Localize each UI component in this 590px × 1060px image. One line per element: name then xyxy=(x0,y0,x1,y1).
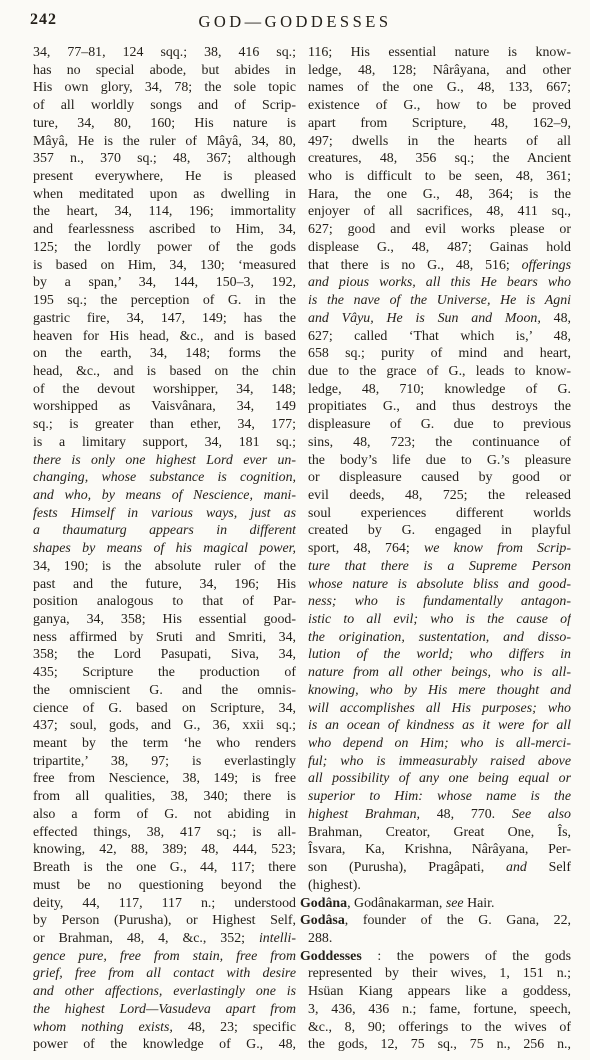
text-segment: is a limitary support, 34, 181 sq.; xyxy=(33,435,296,450)
index-text-line: 288. xyxy=(300,930,571,948)
text-segment: 34, 77–81, 124 sqq.; 38, 416 sq.; xyxy=(33,45,296,60)
text-segment: , founder of the G. Gana, 22, xyxy=(345,913,571,928)
text-segment: nature from all other beings, who is all… xyxy=(308,665,571,680)
text-segment: ness affirmed by Sruti and Smriti, 34, xyxy=(33,630,296,645)
index-text-line: existence of G., how to be proved xyxy=(300,97,571,115)
index-text-line: when meditated upon as dwelling in xyxy=(25,186,296,204)
index-text-line: on the earth, 34, 148; forms the xyxy=(25,345,296,363)
text-segment: 3, 436, 436 n.; fame, fortune, speech, xyxy=(308,1002,571,1017)
index-text-line: and pious works, all this He bears who xyxy=(300,274,571,292)
text-columns: 34, 77–81, 124 sqq.; 38, 416 sq.;has no … xyxy=(25,44,571,1054)
text-segment: power of the knowledge of G., 48, xyxy=(33,1037,296,1052)
text-segment: creatures, 48, 356 sq.; the Ancient xyxy=(308,151,571,166)
text-segment: offerings xyxy=(522,258,571,273)
index-text-line: grief, free from all contact with desire xyxy=(25,965,296,983)
text-segment: 435; Scripture the production of xyxy=(33,665,296,680)
page-number: 242 xyxy=(30,11,57,29)
index-text-line: there is only one highest Lord ever un- xyxy=(25,452,296,470)
index-text-line: tripartite,’ 38, 97; is everlastingly xyxy=(25,753,296,771)
running-head: GOD—GODDESSES xyxy=(0,10,590,32)
text-segment: Hara, the one G., 48, 364; is the xyxy=(308,187,571,202)
text-segment: soul experiences different worlds xyxy=(308,506,571,521)
text-segment: shapes by means of his magical power, xyxy=(33,541,296,556)
index-text-line: apart from Scripture, 48, 162–9, xyxy=(300,115,571,133)
index-text-line: power of the knowledge of G., 48, xyxy=(25,1036,296,1054)
index-text-line: 627; good and evil works please or xyxy=(300,221,571,239)
text-segment: displease G., 48, 487; Gainas hold xyxy=(308,240,571,255)
text-segment: enjoyer of all sacrifices, 48, 411 sq., xyxy=(308,204,571,219)
index-text-line: has no special abode, but abides in xyxy=(25,62,296,80)
index-text-line: creatures, 48, 356 sq.; the Ancient xyxy=(300,150,571,168)
index-text-line: Hara, the one G., 48, 364; is the xyxy=(300,186,571,204)
text-segment: Hsüan Kiang appears like a goddess, xyxy=(308,984,571,999)
text-segment: and Vâyu, He is Sun and Moon, xyxy=(308,311,554,326)
text-segment: tripartite,’ 38, 97; is everlastingly xyxy=(33,754,296,769)
index-text-line: (highest). xyxy=(300,877,571,895)
text-segment: effected things, 38, 417 sq.; is all- xyxy=(33,825,296,840)
text-segment: will accomplishes all His purposes; who xyxy=(308,701,571,716)
text-segment: by a span,’ 34, 144, 150–3, 192, xyxy=(33,275,296,290)
text-segment: of all worldly songs and of Scrip- xyxy=(33,98,296,113)
index-text-line: 357 n., 370 sq.; 48, 367; although xyxy=(25,150,296,168)
text-segment: past and the future, 34, 196; His xyxy=(33,577,296,592)
index-text-line: worshipped as Vaisvânara, 34, 149 xyxy=(25,398,296,416)
index-text-line: displease G., 48, 487; Gainas hold xyxy=(300,239,571,257)
text-segment: must be no questioning beyond the xyxy=(33,878,296,893)
index-entry-start-line: Godâna, Godânakarman, see Hair. xyxy=(300,895,571,913)
index-text-line: the omniscient G. and the omnis- xyxy=(25,682,296,700)
text-segment: ledge, 48, 128; Nârâyana, and other xyxy=(308,63,571,78)
index-text-line: Mâyâ, He is the ruler of Mâyâ, 34, 80, xyxy=(25,133,296,151)
index-text-line: the gods, 12, 75 sq., 75 n., 256 n., xyxy=(300,1036,571,1054)
index-text-line: Hsüan Kiang appears like a goddess, xyxy=(300,983,571,1001)
index-text-line: and Vâyu, He is Sun and Moon, 48, xyxy=(300,310,571,328)
index-text-line: meant by the term ‘he who renders xyxy=(25,735,296,753)
index-text-line: whom nothing exists, 48, 23; specific xyxy=(25,1019,296,1037)
text-segment: the highest Lord—Vasudeva apart from xyxy=(33,1002,296,1017)
text-segment: ture that there is a Supreme Person xyxy=(308,559,571,574)
index-text-line: who is difficult to be seen, 48, 361; xyxy=(300,168,571,186)
text-segment: 357 n., 370 sq.; 48, 367; although xyxy=(33,151,296,166)
index-text-line: ganya, 34, 358; His essential good- xyxy=(25,611,296,629)
entry-headword: Godâna xyxy=(300,896,347,911)
text-segment: fests Himself in various ways, just as xyxy=(33,506,296,521)
index-text-line: ture that there is a Supreme Person xyxy=(300,558,571,576)
index-text-line: by a span,’ 34, 144, 150–3, 192, xyxy=(25,274,296,292)
text-segment: 658 sq.; purity of mind and heart, xyxy=(308,346,571,361)
index-text-line: 627; called ‘That which is,’ 48, xyxy=(300,328,571,346)
index-text-line: cience of G. based on Scripture, 34, xyxy=(25,700,296,718)
index-text-line: Îsvara, Ka, Krishna, Nârâyana, Per- xyxy=(300,841,571,859)
index-text-line: highest Brahman, 48, 770. See also xyxy=(300,806,571,824)
text-segment: 48, xyxy=(554,311,571,326)
text-segment: ful; who is immeasurably raised above xyxy=(308,754,571,769)
index-text-line: son (Purusha), Pragâpati, and Self xyxy=(300,859,571,877)
index-text-line: is the nave of the Universe, He is Agni xyxy=(300,292,571,310)
text-segment: the heart, 34, 114, 196; immortality xyxy=(33,204,296,219)
text-segment: knowing, 42, 88, 389; 48, 444, 523; xyxy=(33,842,296,857)
index-text-line: from all qualities, 38, 340; there is xyxy=(25,788,296,806)
text-segment: who depend on Him; who is all-merci- xyxy=(308,736,571,751)
right-column: 116; His essential nature is know-ledge,… xyxy=(300,44,571,1054)
text-segment: ness; who is fundamentally antagon- xyxy=(308,594,571,609)
index-text-line: of the devout worshipper, 34, 148; xyxy=(25,381,296,399)
index-text-line: will accomplishes all His purposes; who xyxy=(300,700,571,718)
index-text-line: ledge, 48, 710; knowledge of G. xyxy=(300,381,571,399)
text-segment: 195 sq.; the perception of G. in the xyxy=(33,293,296,308)
text-segment: all possibility of any one being equal o… xyxy=(308,771,571,786)
text-segment: ledge, 48, 710; knowledge of G. xyxy=(308,382,571,397)
index-text-line: istic to all evil; who is the cause of xyxy=(300,611,571,629)
index-text-line: and fearlessness ascribed to Him, 34, xyxy=(25,221,296,239)
index-text-line: 3, 436, 436 n.; fame, fortune, speech, xyxy=(300,1001,571,1019)
text-segment: and fearlessness ascribed to Him, 34, xyxy=(33,222,296,237)
index-text-line: the highest Lord—Vasudeva apart from xyxy=(25,1001,296,1019)
text-segment: we know from Scrip- xyxy=(424,541,571,556)
text-segment: displeasure of G. due to previous xyxy=(308,417,571,432)
index-entry-start-line: Goddesses : the powers of the gods xyxy=(300,948,571,966)
index-text-line: displeasure of G. due to previous xyxy=(300,416,571,434)
book-page: 242 GOD—GODDESSES 34, 77–81, 124 sqq.; 3… xyxy=(0,0,590,1060)
index-text-line: ness affirmed by Sruti and Smriti, 34, xyxy=(25,629,296,647)
text-segment: knowing, who by His mere thought and xyxy=(308,683,571,698)
index-text-line: Breath is the one G., 44, 117; there xyxy=(25,859,296,877)
text-segment: free from Nescience, 38, 149; is free xyxy=(33,771,296,786)
index-text-line: gence pure, free from stain, free from xyxy=(25,948,296,966)
text-segment: 116; His essential nature is know- xyxy=(308,45,571,60)
text-segment: 497; dwells in the hearts of all xyxy=(308,134,571,149)
text-segment: from all qualities, 38, 340; there is xyxy=(33,789,296,804)
text-segment: when meditated upon as dwelling in xyxy=(33,187,296,202)
text-segment: and pious works, all this He bears who xyxy=(308,275,571,290)
text-segment: heaven for His head, &c., and is based xyxy=(33,329,296,344)
text-segment: there is only one highest Lord ever un- xyxy=(33,453,296,468)
index-text-line: or Brahman, 48, 4, &c., 352; intelli- xyxy=(25,930,296,948)
index-text-line: His own glory, 34, 78; the sole topic xyxy=(25,79,296,97)
index-text-line: evil deeds, 48, 725; the released xyxy=(300,487,571,505)
index-text-line: that there is no G., 48, 516; offerings xyxy=(300,257,571,275)
index-text-line: knowing, 42, 88, 389; 48, 444, 523; xyxy=(25,841,296,859)
index-text-line: names of the one G., 48, 133, 667; xyxy=(300,79,571,97)
text-segment: existence of G., how to be proved xyxy=(308,98,571,113)
index-text-line: knowing, who by His mere thought and xyxy=(300,682,571,700)
index-text-line: represented by their wives, 1, 151 n.; xyxy=(300,965,571,983)
text-segment: that there is no G., 48, 516; xyxy=(308,258,522,273)
text-segment: has no special abode, but abides in xyxy=(33,63,296,78)
entry-headword: Godâsa xyxy=(300,913,345,928)
index-text-line: all possibility of any one being equal o… xyxy=(300,770,571,788)
text-segment: whose nature is absolute bliss and good- xyxy=(308,577,571,592)
text-segment: propitiates G., and thus destroys the xyxy=(308,399,571,414)
text-segment: and xyxy=(506,860,527,875)
index-text-line: 34, 77–81, 124 sqq.; 38, 416 sq.; xyxy=(25,44,296,62)
index-text-line: also a form of G. not abiding in xyxy=(25,806,296,824)
text-segment: the body’s life due to G.’s pleasure xyxy=(308,453,571,468)
text-segment: 125; the lordly power of the gods xyxy=(33,240,296,255)
text-segment: lution of the world; who differs in xyxy=(308,647,571,662)
text-segment: sport, 48, 764; xyxy=(308,541,424,556)
text-segment: Breath is the one G., 44, 117; there xyxy=(33,860,296,875)
text-segment: and other affections, everlastingly one … xyxy=(33,984,296,999)
index-text-line: superior to Him: whose name is the xyxy=(300,788,571,806)
page-header: 242 GOD—GODDESSES xyxy=(0,10,590,34)
index-text-line: position analogous to that of Par- xyxy=(25,593,296,611)
text-segment: son (Purusha), Pragâpati, xyxy=(308,860,506,875)
text-segment: see xyxy=(446,896,464,911)
text-segment: due to the grace of G., leads to know- xyxy=(308,364,571,379)
index-text-line: who depend on Him; who is all-merci- xyxy=(300,735,571,753)
text-segment: evil deeds, 48, 725; the released xyxy=(308,488,571,503)
text-segment: worshipped as Vaisvânara, 34, 149 xyxy=(33,399,296,414)
text-segment: Mâyâ, He is the ruler of Mâyâ, 34, 80, xyxy=(33,134,296,149)
index-text-line: 125; the lordly power of the gods xyxy=(25,239,296,257)
index-text-line: of all worldly songs and of Scrip- xyxy=(25,97,296,115)
text-segment: intelli- xyxy=(259,931,296,946)
index-text-line: &c., 8, 90; offerings to the wives of xyxy=(300,1019,571,1037)
index-text-line: 195 sq.; the perception of G. in the xyxy=(25,292,296,310)
text-segment: who is difficult to be seen, 48, 361; xyxy=(308,169,571,184)
text-segment: Self xyxy=(527,860,571,875)
text-segment: &c., 8, 90; offerings to the wives of xyxy=(308,1020,571,1035)
index-text-line: 437; soul, gods, and G., 36, xxii sq.; xyxy=(25,717,296,735)
index-text-line: ful; who is immeasurably raised above xyxy=(300,753,571,771)
index-text-line: deity, 44, 117, 117 n.; understood xyxy=(25,895,296,913)
text-segment: apart from Scripture, 48, 162–9, xyxy=(308,116,571,131)
index-text-line: 116; His essential nature is know- xyxy=(300,44,571,62)
index-text-line: 497; dwells in the hearts of all xyxy=(300,133,571,151)
index-text-line: the origination, sustentation, and disso… xyxy=(300,629,571,647)
text-segment: or Brahman, 48, 4, &c., 352; xyxy=(33,931,259,946)
text-segment: His own glory, 34, 78; the sole topic xyxy=(33,80,296,95)
index-text-line: soul experiences different worlds xyxy=(300,505,571,523)
text-segment: sins, 48, 723; the continuance of xyxy=(308,435,571,450)
index-text-line: changing, whose substance is cognition, xyxy=(25,469,296,487)
index-text-line: fests Himself in various ways, just as xyxy=(25,505,296,523)
text-segment: istic to all evil; who is the cause of xyxy=(308,612,571,627)
text-segment: gastric fire, 34, 147, 149; has the xyxy=(33,311,296,326)
text-segment: , Godânakarman, xyxy=(347,896,446,911)
text-segment: the gods, 12, 75 sq., 75 n., 256 n., xyxy=(308,1037,571,1052)
index-text-line: lution of the world; who differs in xyxy=(300,646,571,664)
text-segment: the omniscient G. and the omnis- xyxy=(33,683,296,698)
text-segment: by Person (Purusha), or Highest Self, xyxy=(33,913,296,928)
index-text-line: is based on Him, 34, 130; ‘measured xyxy=(25,257,296,275)
index-text-line: sq.; is greater than ether, 34, 177; xyxy=(25,416,296,434)
index-text-line: by Person (Purusha), or Highest Self, xyxy=(25,912,296,930)
index-text-line: 34, 190; is the absolute ruler of the xyxy=(25,558,296,576)
text-segment: ganya, 34, 358; His essential good- xyxy=(33,612,296,627)
text-segment: of the devout worshipper, 34, 148; xyxy=(33,382,296,397)
text-segment: 627; good and evil works please or xyxy=(308,222,571,237)
index-text-line: head, &c., and is based on the chin xyxy=(25,363,296,381)
index-text-line: heaven for His head, &c., and is based xyxy=(25,328,296,346)
text-segment: names of the one G., 48, 133, 667; xyxy=(308,80,571,95)
index-text-line: Brahman, Creator, Great One, Îs, xyxy=(300,824,571,842)
text-segment: is an ocean of kindness as it were for a… xyxy=(308,718,571,733)
text-segment: 48, 23; specific xyxy=(188,1020,296,1035)
text-segment: represented by their wives, 1, 151 n.; xyxy=(308,966,571,981)
index-text-line: enjoyer of all sacrifices, 48, 411 sq., xyxy=(300,203,571,221)
index-text-line: 358; the Lord Pasupati, Siva, 34, xyxy=(25,646,296,664)
index-text-line: ture, 34, 80, 160; His nature is xyxy=(25,115,296,133)
text-segment: whom nothing exists, xyxy=(33,1020,188,1035)
index-text-line: nature from all other beings, who is all… xyxy=(300,664,571,682)
index-text-line: past and the future, 34, 196; His xyxy=(25,576,296,594)
text-segment: present everywhere, He is pleased xyxy=(33,169,296,184)
index-text-line: or displeasure caused by good or xyxy=(300,469,571,487)
text-segment: See also xyxy=(512,807,571,822)
index-text-line: present everywhere, He is pleased xyxy=(25,168,296,186)
index-entry-start-line: Godâsa, founder of the G. Gana, 22, xyxy=(300,912,571,930)
index-text-line: is an ocean of kindness as it were for a… xyxy=(300,717,571,735)
index-text-line: sport, 48, 764; we know from Scrip- xyxy=(300,540,571,558)
text-segment: : the powers of the gods xyxy=(362,949,571,964)
text-segment: 358; the Lord Pasupati, Siva, 34, xyxy=(33,647,296,662)
index-text-line: whose nature is absolute bliss and good- xyxy=(300,576,571,594)
index-text-line: ledge, 48, 128; Nârâyana, and other xyxy=(300,62,571,80)
text-segment: changing, whose substance is cognition, xyxy=(33,470,296,485)
text-segment: gence pure, free from stain, free from xyxy=(33,949,296,964)
index-text-line: free from Nescience, 38, 149; is free xyxy=(25,770,296,788)
text-segment: position analogous to that of Par- xyxy=(33,594,296,609)
index-text-line: and other affections, everlastingly one … xyxy=(25,983,296,1001)
text-segment: Brahman, Creator, Great One, Îs, xyxy=(308,825,571,840)
text-segment: deity, 44, 117, 117 n.; understood xyxy=(33,896,296,911)
text-segment: sq.; is greater than ether, 34, 177; xyxy=(33,417,296,432)
text-segment: on the earth, 34, 148; forms the xyxy=(33,346,296,361)
text-segment: and who, by means of Nescience, mani- xyxy=(33,488,296,503)
index-text-line: due to the grace of G., leads to know- xyxy=(300,363,571,381)
text-segment: ture, 34, 80, 160; His nature is xyxy=(33,116,296,131)
text-segment: the origination, sustentation, and disso… xyxy=(308,630,571,645)
text-segment: highest Brahman, xyxy=(308,807,437,822)
index-text-line: is a limitary support, 34, 181 sq.; xyxy=(25,434,296,452)
text-segment: 437; soul, gods, and G., 36, xxii sq.; xyxy=(33,718,296,733)
text-segment: Îsvara, Ka, Krishna, Nârâyana, Per- xyxy=(308,842,571,857)
text-segment: created by G. engaged in playful xyxy=(308,523,571,538)
index-text-line: created by G. engaged in playful xyxy=(300,522,571,540)
text-segment: 34, 190; is the absolute ruler of the xyxy=(33,559,296,574)
text-segment: 288. xyxy=(308,931,332,946)
text-segment: cience of G. based on Scripture, 34, xyxy=(33,701,296,716)
text-segment: is based on Him, 34, 130; ‘measured xyxy=(33,258,296,273)
index-text-line: a thaumaturg appears in different xyxy=(25,522,296,540)
text-segment: or displeasure caused by good or xyxy=(308,470,571,485)
text-segment: superior to Him: whose name is the xyxy=(308,789,571,804)
text-segment: is the nave of the Universe, He is Agni xyxy=(308,293,571,308)
left-column: 34, 77–81, 124 sqq.; 38, 416 sq.;has no … xyxy=(25,44,296,1054)
text-segment: a thaumaturg appears in different xyxy=(33,523,296,538)
index-text-line: 435; Scripture the production of xyxy=(25,664,296,682)
index-text-line: sins, 48, 723; the continuance of xyxy=(300,434,571,452)
entry-headword: Goddesses xyxy=(300,949,362,964)
index-text-line: 658 sq.; purity of mind and heart, xyxy=(300,345,571,363)
index-text-line: shapes by means of his magical power, xyxy=(25,540,296,558)
index-text-line: must be no questioning beyond the xyxy=(25,877,296,895)
text-segment: Hair. xyxy=(464,896,495,911)
text-segment: 48, 770. xyxy=(437,807,512,822)
text-segment: also a form of G. not abiding in xyxy=(33,807,296,822)
index-text-line: the heart, 34, 114, 196; immortality xyxy=(25,203,296,221)
index-text-line: propitiates G., and thus destroys the xyxy=(300,398,571,416)
index-text-line: and who, by means of Nescience, mani- xyxy=(25,487,296,505)
index-text-line: gastric fire, 34, 147, 149; has the xyxy=(25,310,296,328)
text-segment: head, &c., and is based on the chin xyxy=(33,364,296,379)
index-text-line: effected things, 38, 417 sq.; is all- xyxy=(25,824,296,842)
index-text-line: ness; who is fundamentally antagon- xyxy=(300,593,571,611)
text-segment: grief, free from all contact with desire xyxy=(33,966,296,981)
text-segment: 627; called ‘That which is,’ 48, xyxy=(308,329,571,344)
text-segment: (highest). xyxy=(308,878,361,893)
text-segment: meant by the term ‘he who renders xyxy=(33,736,296,751)
index-text-line: the body’s life due to G.’s pleasure xyxy=(300,452,571,470)
